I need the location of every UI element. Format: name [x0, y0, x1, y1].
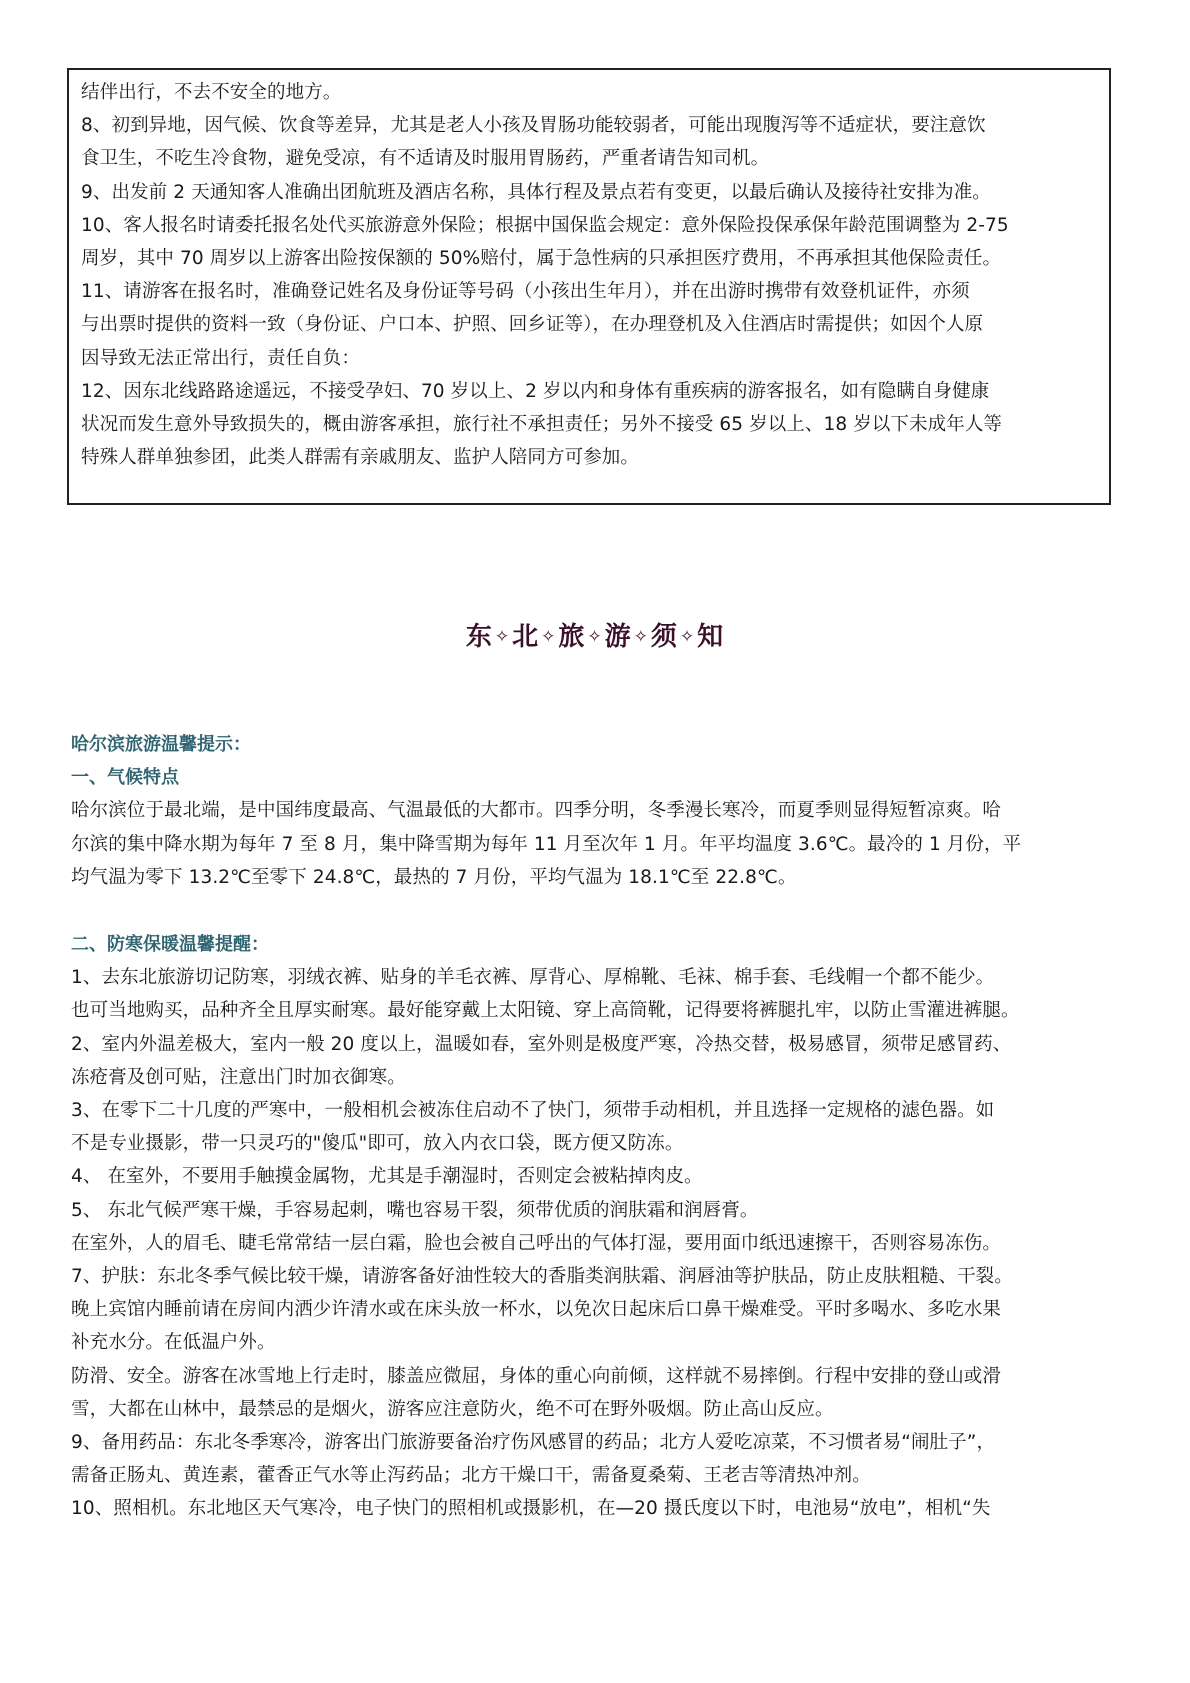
paragraph-line: 冻疮膏及创可贴，注意出门时加衣御寒。: [71, 1061, 1131, 1094]
paragraph-line: 不是专业摄影，带一只灵巧的"傻瓜"即可，放入内衣口袋，既方便又防冻。: [71, 1127, 1131, 1160]
paragraph-line: 4、 在室外，不要用手触摸金属物，尤其是手潮湿时，否则定会被粘掉肉皮。: [71, 1160, 1131, 1193]
sparkle-icon: ✧: [495, 627, 510, 647]
notice-line: 与出票时提供的资料一致（身份证、户口本、护照、回乡证等），在办理登机及入住酒店时…: [81, 308, 1097, 341]
paragraph-line: 需备正肠丸、黄连素，藿香正气水等止泻药品；北方干燥口干，需备夏桑菊、王老吉等清热…: [71, 1459, 1131, 1492]
paragraph-line: 1、去东北旅游切记防寒，羽绒衣裤、贴身的羊毛衣裤、厚背心、厚棉靴、毛袜、棉手套、…: [71, 961, 1131, 994]
sparkle-icon: ✧: [680, 627, 695, 647]
paragraph-line: 在室外，人的眉毛、睫毛常常结一层白霜，脸也会被自己呼出的气体打湿，要用面巾纸迅速…: [71, 1227, 1131, 1260]
notice-line: 特殊人群单独参团，此类人群需有亲戚朋友、监护人陪同方可参加。: [81, 441, 1097, 474]
paragraph-line: 2、室内外温差极大，室内一般 20 度以上，温暖如春，室外则是极度严寒，冷热交替…: [71, 1028, 1131, 1061]
paragraph-line: 哈尔滨位于最北端，是中国纬度最高、气温最低的大都市。四季分明，冬季漫长寒冷，而夏…: [71, 794, 1131, 827]
notice-line: 因导致无法正常出行，责任自负：: [81, 342, 1097, 375]
title-char: 旅: [558, 622, 585, 652]
notice-line: 8、初到异地，因气候、饮食等差异，尤其是老人小孩及胃肠功能较弱者，可能出现腹泻等…: [81, 109, 1097, 142]
spacer: [71, 894, 1131, 928]
subsection-heading-cold-protection: 二、防寒保暖温馨提醒：: [71, 928, 1131, 961]
sparkle-icon: ✧: [634, 627, 649, 647]
notice-line: 11、请游客在报名时，准确登记姓名及身份证等号码（小孩出生年月），并在出游时携带…: [81, 275, 1097, 308]
notice-line: 12、因东北线路路途遥远，不接受孕妇、70 岁以上、2 岁以内和身体有重疾病的游…: [81, 375, 1097, 408]
main-content: 哈尔滨旅游温馨提示： 一、气候特点 哈尔滨位于最北端，是中国纬度最高、气温最低的…: [71, 728, 1131, 1526]
paragraph-line: 补充水分。在低温户外。: [71, 1326, 1131, 1359]
notice-line: 9、出发前 2 天通知客人准确出团航班及酒店名称，具体行程及景点若有变更，以最后…: [81, 176, 1097, 209]
paragraph-line: 晚上宾馆内睡前请在房间内洒少许清水或在床头放一杯水，以免次日起床后口鼻干燥难受。…: [71, 1293, 1131, 1326]
subsection-heading-climate: 一、气候特点: [71, 761, 1131, 794]
paragraph-line: 5、 东北气候严寒干燥，手容易起刺，嘴也容易干裂，须带优质的润肤霜和润唇膏。: [71, 1194, 1131, 1227]
paragraph-line: 9、备用药品：东北冬季寒冷，游客出门旅游要备治疗伤风感冒的药品；北方人爱吃凉菜，…: [71, 1426, 1131, 1459]
title-char: 东: [466, 622, 493, 652]
title-char: 北: [512, 622, 539, 652]
paragraph-line: 防滑、安全。游客在冰雪地上行走时，膝盖应微屈，身体的重心向前倾，这样就不易摔倒。…: [71, 1360, 1131, 1393]
sparkle-icon: ✧: [587, 627, 602, 647]
title-char: 知: [697, 622, 724, 652]
paragraph-line: 3、在零下二十几度的严寒中，一般相机会被冻住启动不了快门，须带手动相机，并且选择…: [71, 1094, 1131, 1127]
notice-box: 结伴出行，不去不安全的地方。 8、初到异地，因气候、饮食等差异，尤其是老人小孩及…: [67, 68, 1111, 505]
section-heading-harbin: 哈尔滨旅游温馨提示：: [71, 728, 1131, 761]
notice-line: 10、客人报名时请委托报名处代买旅游意外保险；根据中国保监会规定：意外保险投保承…: [81, 209, 1097, 242]
title-char: 须: [651, 622, 678, 652]
notice-line: 食卫生，不吃生冷食物，避免受凉，有不适请及时服用胃肠药，严重者请告知司机。: [81, 142, 1097, 175]
paragraph-line: 均气温为零下 13.2℃至零下 24.8℃，最热的 7 月份，平均气温为 18.…: [71, 861, 1131, 894]
paragraph-line: 也可当地购买，品种齐全且厚实耐寒。最好能穿戴上太阳镜、穿上高筒靴，记得要将裤腿扎…: [71, 994, 1131, 1027]
paragraph-line: 10、照相机。东北地区天气寒冷，电子快门的照相机或摄影机，在—20 摄氏度以下时…: [71, 1492, 1131, 1525]
page-title: 东✧北✧旅✧游✧须✧知: [0, 616, 1190, 653]
notice-line: 结伴出行，不去不安全的地方。: [81, 76, 1097, 109]
paragraph-line: 尔滨的集中降水期为每年 7 至 8 月，集中降雪期为每年 11 月至次年 1 月…: [71, 828, 1131, 861]
title-char: 游: [605, 622, 632, 652]
paragraph-line: 7、护肤：东北冬季气候比较干燥，请游客备好油性较大的香脂类润肤霜、润唇油等护肤品…: [71, 1260, 1131, 1293]
paragraph-line: 雪，大都在山林中，最禁忌的是烟火，游客应注意防火，绝不可在野外吸烟。防止高山反应…: [71, 1393, 1131, 1426]
notice-line: 状况而发生意外导致损失的，概由游客承担，旅行社不承担责任；另外不接受 65 岁以…: [81, 408, 1097, 441]
notice-line: 周岁，其中 70 周岁以上游客出险按保额的 50%赔付，属于急性病的只承担医疗费…: [81, 242, 1097, 275]
sparkle-icon: ✧: [541, 627, 556, 647]
